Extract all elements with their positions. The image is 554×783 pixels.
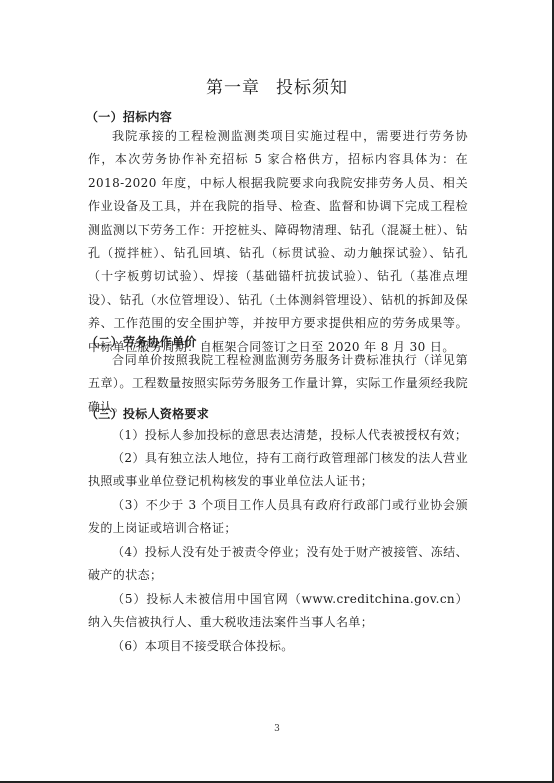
document-page: 第一章投标须知 （一）招标内容 我院承接的工程检测监测类项目实施过程中，需要进行… [0,0,554,783]
chapter-name: 投标须知 [276,78,348,98]
qualification-item-4: （4）投标人没有处于被责令停业；没有处于财产被接管、冻结、破产的状态； [88,541,468,588]
section-heading-unit-price: （二）劳务协作单价 [86,333,197,350]
section-heading-qualifications: （三）投标人资格要求 [86,405,209,422]
section-heading-bidding-content: （一）招标内容 [86,108,172,125]
qualification-item-1: （1）投标人参加投标的意思表达清楚，投标人代表被授权有效； [88,424,468,447]
page-number: 3 [0,724,554,734]
chapter-title: 第一章投标须知 [0,73,554,98]
section-paragraph-bidding-content: 我院承接的工程检测监测类项目实施过程中，需要进行劳务协作，本次劳务协作补充招标 … [88,125,468,359]
qualification-item-5: （5）投标人未被信用中国官网（www.creditchina.gov.cn）纳入… [88,588,468,635]
qualification-item-3: （3）不少于 3 个项目工作人员具有政府行政部门或行业协会颁发的上岗证或培训合格… [88,494,468,541]
chapter-number: 第一章 [206,78,260,98]
qualification-item-6: （6）本项目不接受联合体投标。 [88,635,468,658]
qualification-item-2: （2）具有独立法人地位，持有工商行政管理部门核发的法人营业执照或事业单位登记机构… [88,447,468,494]
